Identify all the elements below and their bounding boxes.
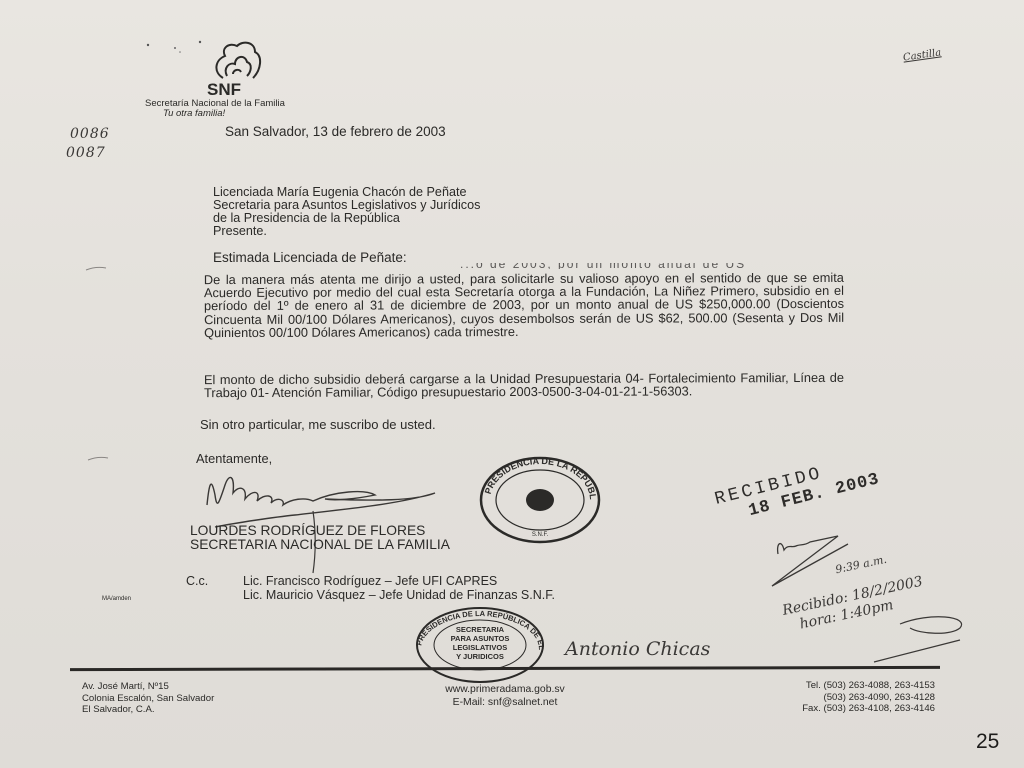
footer-website: www.primeradama.gob.sv bbox=[430, 684, 580, 697]
svg-text:Y JURIDICOS: Y JURIDICOS bbox=[456, 652, 504, 661]
letter-page: SNF Secretaría Nacional de la Familia Tu… bbox=[0, 0, 1024, 768]
handwritten-signature-name: Antonio Chicas bbox=[565, 638, 710, 660]
signatory-block: LOURDES RODRÍGUEZ DE FLORES SECRETARIA N… bbox=[190, 524, 450, 552]
bleed-through-text: ...o de 2003, por un monto anual de US bbox=[460, 263, 850, 269]
footer-address: Av. José Martí, Nº15 Colonia Escalón, Sa… bbox=[82, 681, 214, 716]
family-logo-icon bbox=[205, 38, 275, 82]
signatory-title: SECRETARIA NACIONAL DE LA FAMILIA bbox=[190, 538, 450, 552]
recipient-block: Licenciada María Eugenia Chacón de Peñat… bbox=[213, 186, 480, 238]
organization-tagline: Tu otra familia! bbox=[163, 108, 225, 119]
cc-label: C.c. bbox=[186, 574, 208, 588]
reference-number: 0087 bbox=[66, 145, 106, 161]
letter-date: San Salvador, 13 de febrero de 2003 bbox=[225, 124, 446, 139]
recipient-line: Presente. bbox=[213, 225, 480, 238]
logo-acronym: SNF bbox=[207, 80, 241, 100]
cc-recipient: Lic. Francisco Rodríguez – Jefe UFI CAPR… bbox=[243, 574, 555, 588]
svg-text:SECRETARIA: SECRETARIA bbox=[456, 625, 505, 634]
svg-text:S.N.F.: S.N.F. bbox=[532, 532, 549, 538]
cc-list: Lic. Francisco Rodríguez – Jefe UFI CAPR… bbox=[243, 574, 555, 602]
footer-contact-web: www.primeradama.gob.sv E-Mail: snf@salne… bbox=[430, 684, 580, 709]
svg-text:PARA ASUNTOS: PARA ASUNTOS bbox=[451, 634, 510, 643]
signature-icon bbox=[195, 465, 475, 575]
svg-text:LEGISLATIVOS: LEGISLATIVOS bbox=[453, 643, 507, 652]
page-number: 25 bbox=[976, 730, 999, 754]
typist-initials: MA/amden bbox=[102, 596, 131, 602]
body-paragraph-3: Sin otro particular, me suscribo de uste… bbox=[200, 417, 436, 432]
footer-email: E-Mail: snf@salnet.net bbox=[430, 697, 580, 710]
closing: Atentamente, bbox=[196, 451, 272, 466]
body-paragraph-1: De la manera más atenta me dirijo a uste… bbox=[204, 271, 844, 339]
official-seal-legislative: PRESIDENCIA DE LA REPÚBLICA DE EL SALVAD… bbox=[413, 605, 547, 685]
official-seal-snf: PRESIDENCIA DE LA REPÚBLICA S.N.F. bbox=[478, 455, 602, 545]
footer-phones: Tel. (503) 263-4088, 263-4153 (503) 263-… bbox=[745, 680, 935, 715]
reference-number: 0086 bbox=[70, 126, 110, 142]
cc-recipient: Lic. Mauricio Vásquez – Jefe Unidad de F… bbox=[243, 588, 555, 602]
body-paragraph-2: El monto de dicho subsidio deberá cargar… bbox=[204, 371, 844, 400]
salutation: Estimada Licenciada de Peñate: bbox=[213, 250, 407, 265]
receiver-signature-icon bbox=[870, 610, 980, 670]
signatory-name: LOURDES RODRÍGUEZ DE FLORES bbox=[190, 524, 450, 538]
